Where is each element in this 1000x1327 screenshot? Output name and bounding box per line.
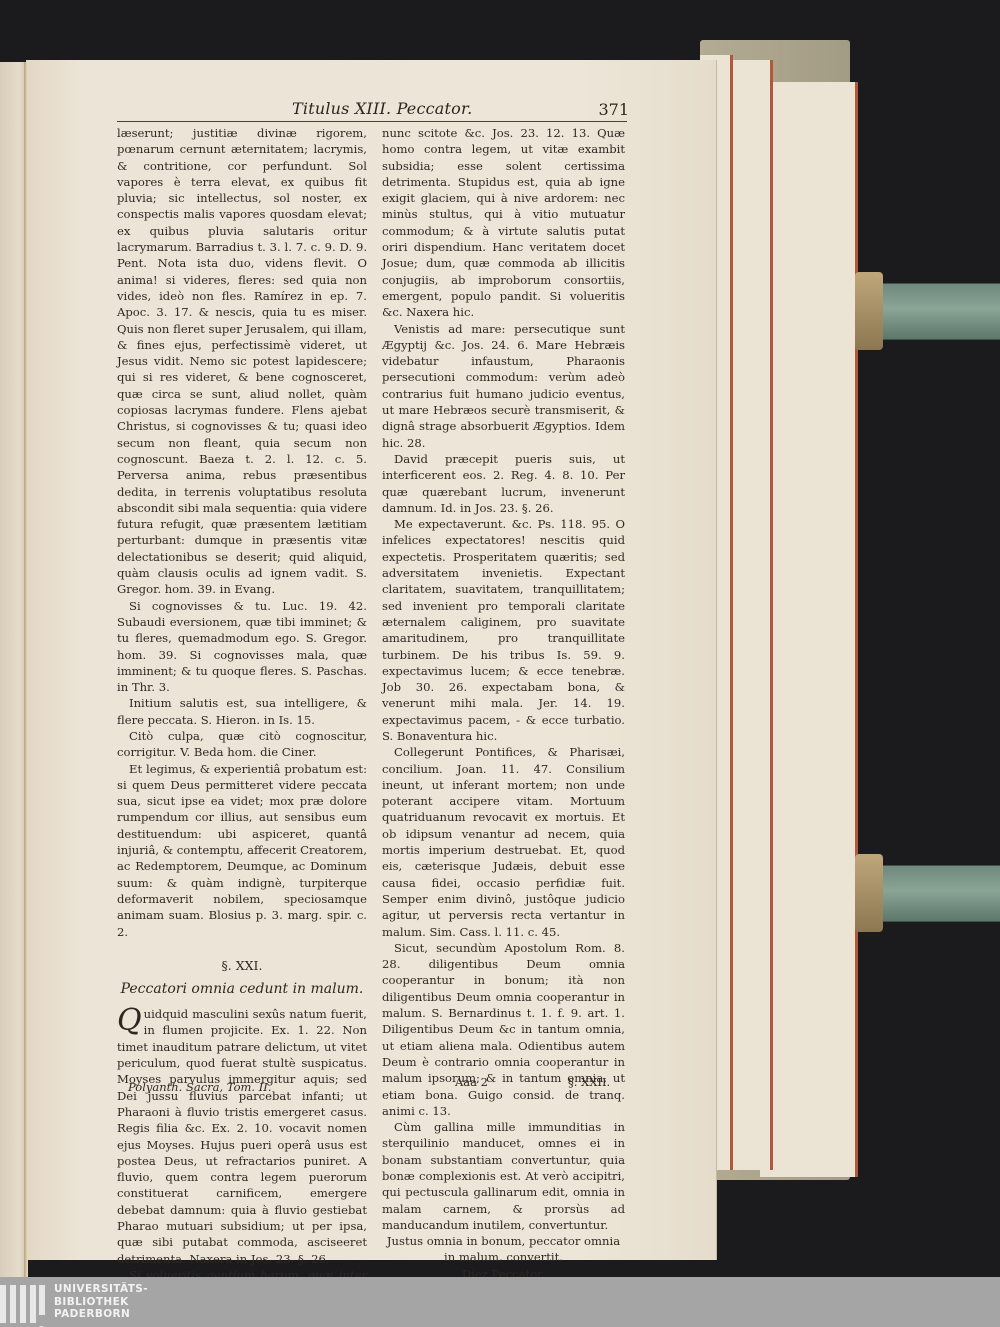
paragraph: Venistis ad mare: persecutique sunt Ægyp…	[382, 321, 625, 451]
section-number: §. XXI.	[117, 958, 367, 974]
library-logo-icon	[0, 1285, 48, 1327]
paragraph: Cùm gallina mille immunditias in sterqui…	[382, 1119, 625, 1233]
paragraph: David præcepit pueris suis, ut interfice…	[382, 451, 625, 516]
paragraph: læserunt; justitiæ divinæ rigorem, pœnar…	[117, 125, 367, 598]
paragraph: Si volueritis gentium harum, quæ inter v…	[117, 1267, 367, 1277]
closing-verse: Justus omnia in bonum, peccator omnia in…	[382, 1233, 625, 1266]
drop-cap: Q	[117, 1007, 142, 1035]
book-scan: Titulus XIII. Peccator. 371 læserunt; ju…	[0, 0, 1000, 1277]
gutter	[24, 62, 28, 1277]
section-heading: Peccatori omnia cedunt in malum.	[117, 980, 367, 998]
metal-clasp-top	[855, 283, 1000, 340]
paragraph-with-dropcap: Quidquid masculini sexûs natum fuerit, i…	[117, 1006, 367, 1267]
paragraph: Si cognovisses & tu. Luc. 19. 42. Subaud…	[117, 598, 367, 696]
paragraph: Citò culpa, quæ citò cognoscitur, corrig…	[117, 728, 367, 761]
paragraph: Sicut, secundùm Apostolum Rom. 8. 28. di…	[382, 940, 625, 1119]
attribution: Diez Peccator.	[382, 1266, 625, 1277]
paragraph: nunc scitote &c. Jos. 23. 12. 13. Quæ ho…	[382, 125, 625, 321]
catchword: §. XXII.	[568, 1075, 610, 1089]
paragraph: Initium salutis est, sua intelligere, & …	[117, 695, 367, 728]
paragraph: Me expectaverunt. &c. Ps. 118. 95. O inf…	[382, 516, 625, 744]
library-banner: UNIVERSITÄTS- BIBLIOTHEK PADERBORN	[0, 1277, 1000, 1327]
page-number: 371	[598, 100, 629, 119]
running-head: Titulus XIII. Peccator. 371	[117, 99, 627, 122]
signature-mark: Aaa 2	[455, 1075, 488, 1089]
paragraph: Collegerunt Pontifices, & Pharisæi, conc…	[382, 744, 625, 940]
running-title: Titulus XIII. Peccator.	[292, 99, 472, 118]
metal-clasp-bottom	[855, 865, 1000, 922]
page-edge	[760, 82, 858, 1177]
right-column: nunc scitote &c. Jos. 23. 12. 13. Quæ ho…	[382, 125, 625, 1277]
footer-title: Polyanth. Sacra, Tom. II.	[128, 1080, 271, 1094]
library-name: UNIVERSITÄTS- BIBLIOTHEK PADERBORN	[54, 1283, 148, 1321]
left-column: læserunt; justitiæ divinæ rigorem, pœnar…	[117, 125, 367, 1277]
paragraph: Et legimus, & experientiâ probatum est: …	[117, 761, 367, 940]
